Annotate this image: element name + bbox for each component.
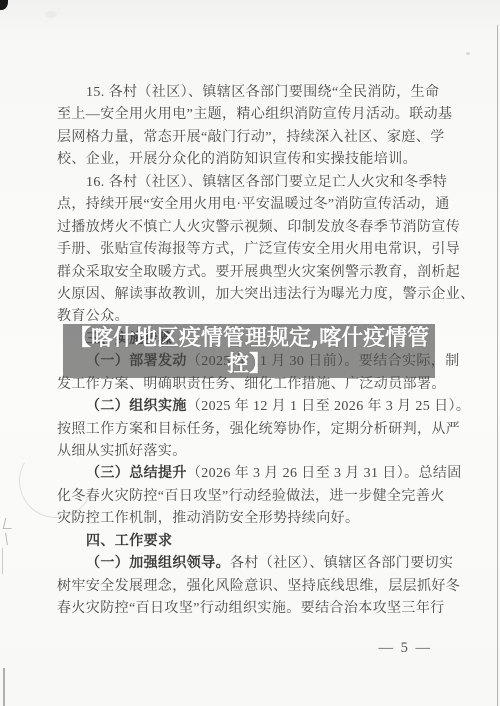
watermark-text-line2: 控】 <box>63 352 435 378</box>
watermark-overlay-banner: 【喀什地区疫情管理规定,喀什疫情管 控】 <box>63 324 435 378</box>
document-text-line: （一）加强组织领导。各村（社区）、镇辖区各部门要切实 <box>57 553 447 575</box>
document-text-line: 树牢安全发展理念，强化风险意识、坚持底线思维，层层抓好冬 <box>57 576 447 598</box>
scan-pencil-scribble <box>5 533 14 545</box>
document-text-line: （三）总结提升（2026 年 3 月 26 日至 3 月 31 日）。总结固 <box>57 463 447 485</box>
scan-pencil-scribble <box>3 518 15 529</box>
document-text-line: 至上—安全用火用电”主题，精心组织消防宣传月活动。联动基 <box>57 104 447 126</box>
page-number: — 5 — <box>379 640 433 657</box>
document-text-line: 校、企业，开展分众化的消防知识宣传和实操技能培训。 <box>57 149 447 171</box>
scan-page-edge-line-right <box>497 25 499 706</box>
document-text-line: 过播放烤火不慎亡人火灾警示视频、印制发放冬春季节消防宣传 <box>57 217 447 239</box>
document-text-line: （二）组织实施（2025 年 12 月 1 日至 2026 年 3 月 25 日… <box>57 396 447 418</box>
document-text-line: 15. 各村（社区）、镇辖区各部门要围绕“全民消防，生命 <box>57 82 447 104</box>
section-heading: 四、工作要求 <box>57 531 447 553</box>
document-text-line: 点，持续开展“安全用火用电·平安温暖过冬”消防宣传活动，通 <box>57 194 447 216</box>
scan-page-edge-line-left <box>3 668 5 706</box>
document-text-line: 层网格力量，常态开展“敲门行动”，持续深入社区、家庭、学 <box>57 127 447 149</box>
document-text-line: 16. 各村（社区）、镇辖区各部门要立足亡人火灾和冬季特 <box>57 172 447 194</box>
document-text-line: 化冬春火灾防控“百日攻坚”行动经验做法，进一步健全完善火 <box>57 486 447 508</box>
document-text-line: 灾防控工作机制，推动消防安全形势持续向好。 <box>57 508 447 530</box>
scan-edge-mark-left <box>2 548 3 574</box>
document-text-line: 按照工作方案和目标任务，强化统筹协作，定期分析研判，从严 <box>57 419 447 441</box>
scanned-document-page: { "overlay": { "full_text": "【喀什地区疫情管理规定… <box>0 0 500 706</box>
document-text-line: 春火灾防控“百日攻坚”行动组织实施。要结合治本攻坚三年行 <box>57 598 447 620</box>
scan-smudge <box>45 11 57 18</box>
document-text-line: 群众采取安全取暖方式。要开展典型火灾案例警示教育，剖析起 <box>57 262 447 284</box>
scan-smudge <box>466 52 470 55</box>
watermark-text-line1: 【喀什地区疫情管理规定,喀什疫情管 <box>63 326 435 352</box>
document-text-line: 火原因、解读事故教训，加大突出违法行为曝光力度，警示企业、 <box>57 284 447 306</box>
document-text-line: 从细从实抓好落实。 <box>57 441 447 463</box>
scan-corner-mark <box>0 0 8 10</box>
document-text-line: 手册、张贴宣传海报等方式，广泛宣传安全用火用电常识，引导 <box>57 239 447 261</box>
